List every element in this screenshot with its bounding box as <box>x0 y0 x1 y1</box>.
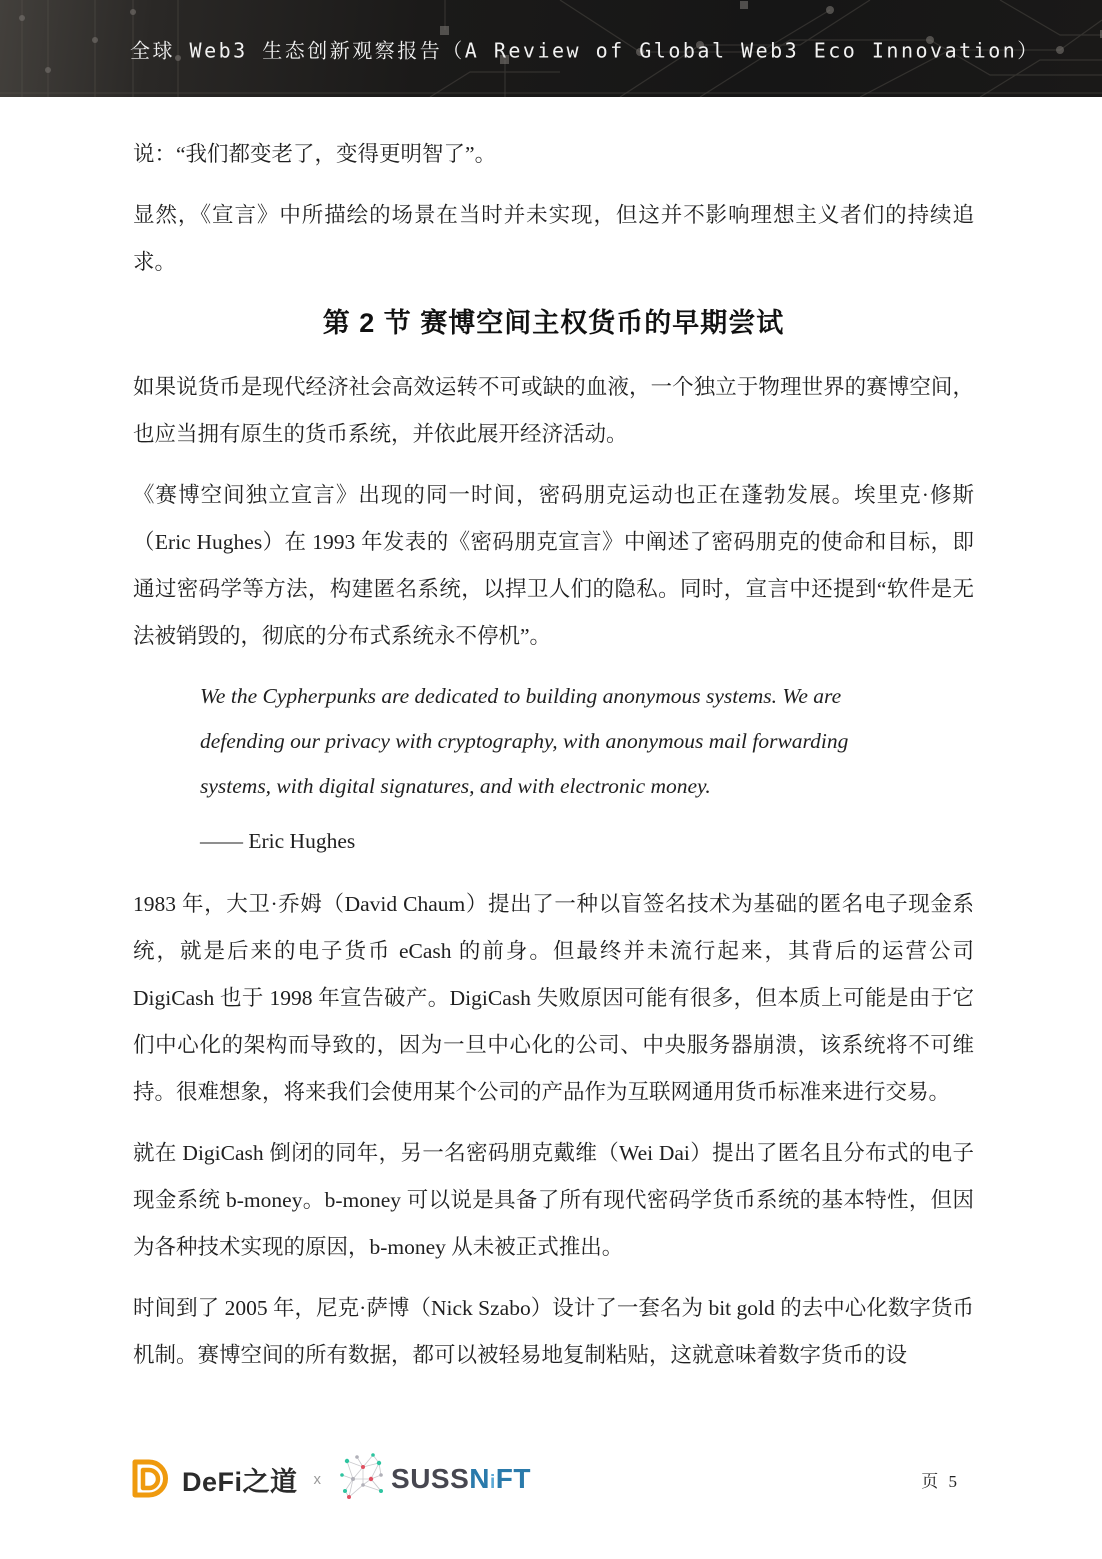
suss-text-part: SUSS <box>391 1463 469 1495</box>
logo-separator: x <box>314 1471 322 1488</box>
defi-zhidao-logo: DeFi之道 <box>128 1459 298 1499</box>
paragraph: 时间到了 2005 年，尼克·萨博（Nick Szabo）设计了一套名为 bit… <box>133 1285 974 1379</box>
paragraph: 《赛博空间独立宣言》出现的同一时间，密码朋克运动也正在蓬勃发展。埃里克·修斯（E… <box>133 472 974 660</box>
suss-ft-part: FT <box>496 1463 531 1495</box>
quote-attribution: —— Eric Hughes <box>200 819 974 864</box>
defi-zhidao-logo-text: DeFi之道 <box>182 1460 298 1499</box>
page-number: 页 5 <box>921 1467 960 1492</box>
section-heading: 第 2 节 赛博空间主权货币的早期尝试 <box>133 303 974 343</box>
suss-n-part: N <box>469 1463 490 1495</box>
page-footer: DeFi之道 x <box>0 1447 1102 1511</box>
blockquote: We the Cypherpunks are dedicated to buil… <box>200 674 872 809</box>
footer-logos: DeFi之道 x <box>128 1453 531 1505</box>
report-title: 全球 Web3 生态创新观察报告（A Review of Global Web3… <box>130 34 1040 63</box>
document-page: 全球 Web3 生态创新观察报告（A Review of Global Web3… <box>0 0 1102 1559</box>
sussnift-logo-text: SUSSNiFT <box>391 1463 531 1495</box>
paragraph: 显然，《宣言》中所描绘的场景在当时并未实现，但这并不影响理想主义者们的持续追求。 <box>133 192 974 286</box>
page-body: 说：“我们都变老了，变得更明智了”。 显然，《宣言》中所描绘的场景在当时并未实现… <box>0 97 1102 1379</box>
paragraph: 说：“我们都变老了，变得更明智了”。 <box>133 131 974 178</box>
paragraph: 1983 年，大卫·乔姆（David Chaum）提出了一种以盲签名技术为基础的… <box>133 881 974 1116</box>
sussnift-logo-icon <box>337 1453 389 1505</box>
defi-zhidao-logo-icon <box>128 1459 174 1499</box>
report-header: 全球 Web3 生态创新观察报告（A Review of Global Web3… <box>0 0 1102 97</box>
sussnift-logo: SUSSNiFT <box>337 1453 531 1505</box>
paragraph: 如果说货币是现代经济社会高效运转不可或缺的血液，一个独立于物理世界的赛博空间，也… <box>133 364 974 458</box>
paragraph: 就在 DigiCash 倒闭的同年，另一名密码朋克戴维（Wei Dai）提出了匿… <box>133 1130 974 1271</box>
